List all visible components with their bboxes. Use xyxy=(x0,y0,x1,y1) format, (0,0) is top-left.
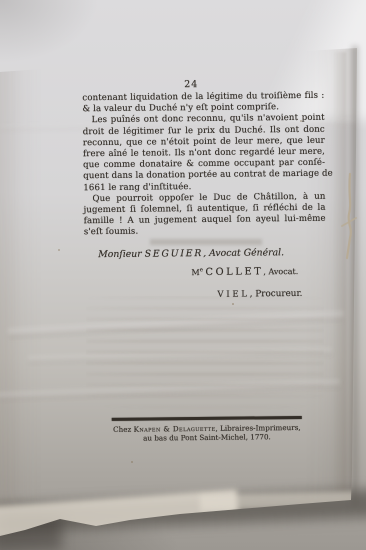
paper-sheet: 24 contenant liquidation de la légitime … xyxy=(0,0,366,550)
signature-role: , Avocat. xyxy=(263,267,298,276)
signature-viel: VIEL, Procureur. xyxy=(84,285,326,301)
signature-name: VIEL xyxy=(217,288,249,298)
colophon-publisher-names: Knapen & Delaguette xyxy=(133,423,215,433)
body-text: contenant liquidation de la légitime du … xyxy=(82,91,326,239)
signature-name: SEGUIER xyxy=(145,248,204,260)
signature-prefix: Monſieur xyxy=(98,249,145,260)
page-number: 24 xyxy=(82,78,300,91)
signature-block: Monſieur SEGUIER, Avocat Général. Me COL… xyxy=(84,244,327,302)
signature-collet: Me COLLET, Avocat. xyxy=(84,266,326,280)
binding-thread xyxy=(338,168,360,268)
colophon-rule xyxy=(112,416,302,421)
signature-sup: e xyxy=(200,267,203,273)
signature-seguier: Monſieur SEGUIER, Avocat Général. xyxy=(84,244,326,261)
printed-content: 24 contenant liquidation de la légitime … xyxy=(0,0,366,550)
signature-name: COLLET xyxy=(205,266,263,278)
colophon: Chez Knapen & Delaguette, Libraires-Impr… xyxy=(86,416,328,444)
colophon-role: , Libraires-Imprimeurs, xyxy=(215,423,300,433)
signature-role: , Procureur. xyxy=(250,289,303,300)
photo-of-document: 24 contenant liquidation de la légitime … xyxy=(0,0,366,550)
colophon-chez: Chez xyxy=(113,424,134,433)
text-line: s'eſt ſoumis. xyxy=(84,225,326,239)
signature-role: , Avocat Général. xyxy=(203,247,284,259)
